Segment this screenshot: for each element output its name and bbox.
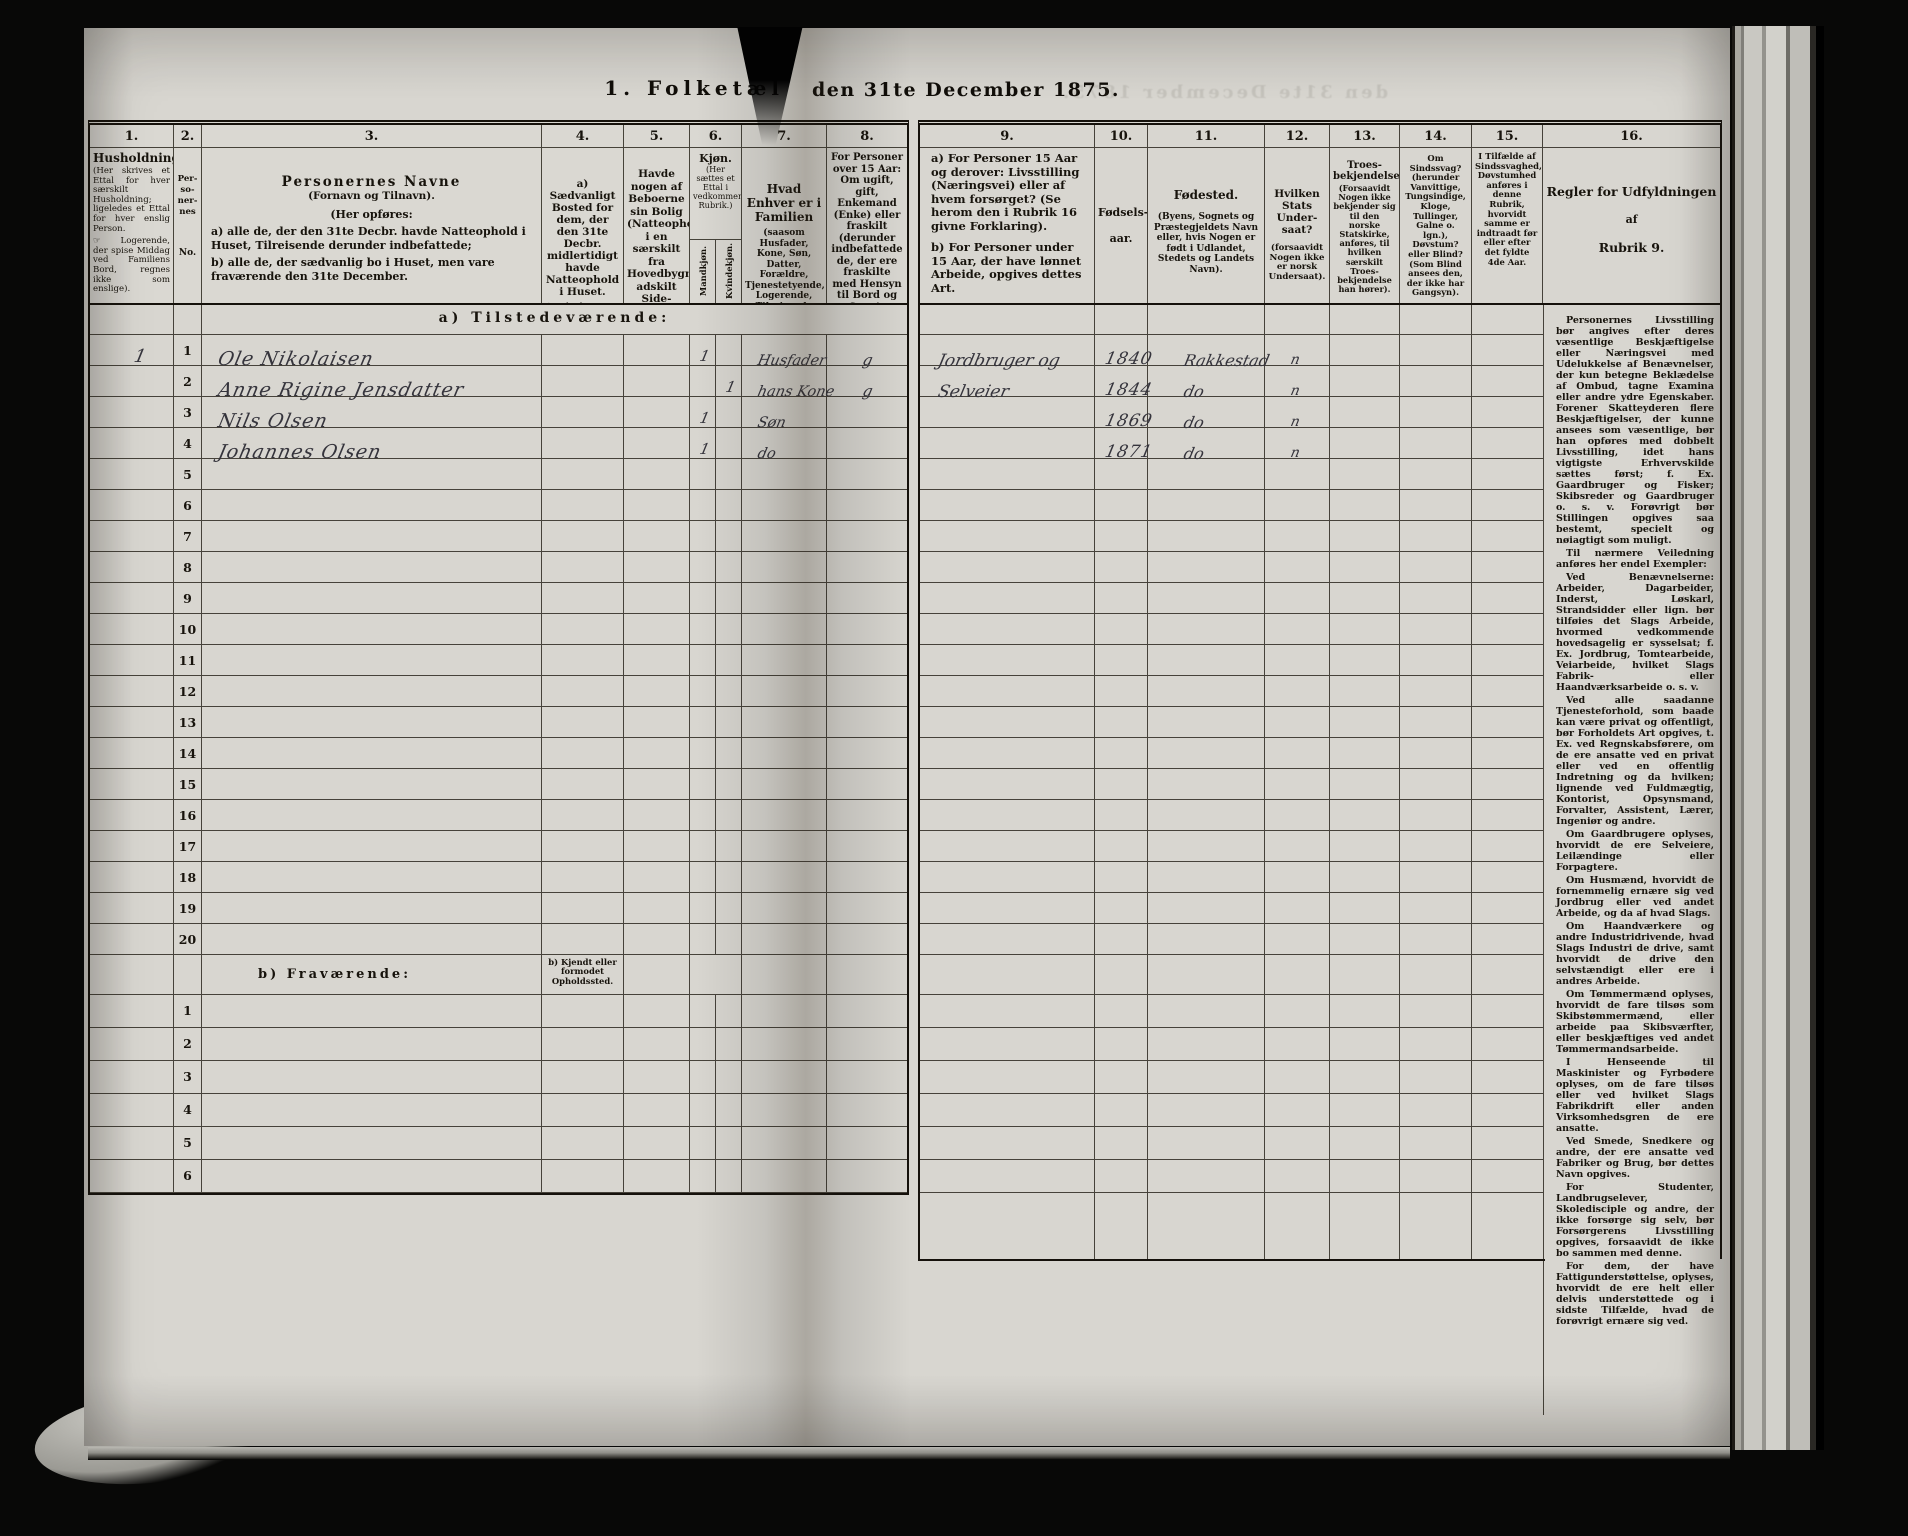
marital-status-cell [827,459,907,489]
col-title: Husholdninger. [93,152,170,165]
row-number-cell: 19 [174,893,202,923]
col-number: 8. [827,125,907,148]
citizenship-cell [1265,614,1330,644]
onset-cell [1472,1061,1543,1093]
female-subcolumn: Kvindekjøn. [716,240,742,303]
family-position-cell [742,862,827,892]
band-cell [1472,1193,1543,1259]
birthplace-cell [1148,769,1265,799]
row-number-cell: 4 [174,1094,202,1126]
record-row: 5 [90,459,907,490]
record-row: 17 [90,831,907,862]
household-mark-cell [90,924,174,954]
record-row [920,490,1543,521]
female-cell [716,335,742,365]
citizenship-cell: n [1265,397,1330,427]
record-row: 8 [90,552,907,583]
rules-paragraph: Om Gaardbrugere oplyses, hvorvidt de ere… [1556,829,1714,873]
male-cell [690,769,716,799]
birthplace-cell [1148,1094,1265,1126]
record-row: 11 [90,645,907,676]
male-cell-value: 1 [698,347,711,365]
usual-residence-cell [542,521,624,551]
rules-paragraph: For dem, der have Fattigunderstøttelse, … [1556,1261,1714,1327]
left-rows-present: 11Ole Nikolaisen1Husfaderg2Anne Rigine J… [90,335,907,955]
onset-cell [1472,738,1543,768]
rules-paragraph: For Studenter, Landbrugselever, Skoledis… [1556,1182,1714,1259]
col-number: 1. [90,125,173,148]
male-cell [690,366,716,396]
birth-year-cell [1095,707,1148,737]
male-cell [690,1094,716,1126]
record-row: 2 [90,1028,907,1061]
band-cell [1265,1193,1330,1259]
birthplace-cell [1148,800,1265,830]
col-number: 11. [1148,125,1264,148]
outbuilding-cell [624,1061,690,1093]
citizenship-cell [1265,1061,1330,1093]
birthplace-cell: Rakkestad [1148,335,1265,365]
marital-status-cell [827,645,907,675]
usual-residence-cell [542,645,624,675]
row-number-cell-value: 2 [174,366,201,389]
absent-residence-note: b) Kjendt eller formodet Opholdssted. [542,955,624,994]
row-number-cell: 16 [174,800,202,830]
section-present-band-right [920,305,1543,335]
marital-status-cell [827,1127,907,1159]
usual-residence-cell [542,1061,624,1093]
marital-status-cell [827,893,907,923]
row-number-cell-value: 4 [174,1094,201,1117]
household-mark-cell [90,583,174,613]
family-position-cell [742,583,827,613]
record-row [920,707,1543,738]
band-cell [1330,1193,1400,1259]
onset-cell [1472,924,1543,954]
infirmity-cell [1400,738,1472,768]
row-number-cell-value: 14 [174,738,201,761]
marital-status-cell [827,583,907,613]
marital-status-cell [827,490,907,520]
row-number-cell: 10 [174,614,202,644]
household-mark-cell [90,707,174,737]
name-cell [202,645,542,675]
infirmity-cell [1400,676,1472,706]
col-title: Troes- bekjendelse. [1333,160,1396,182]
marital-status-cell [827,1028,907,1060]
band-cell [624,955,690,994]
col-description: For Personer over 15 Aar: Om ugift, gift… [830,152,904,303]
col-number: 10. [1095,125,1147,148]
marital-status-cell [827,397,907,427]
outbuilding-cell [624,738,690,768]
birth-year-cell [1095,490,1148,520]
family-position-cell [742,1028,827,1060]
record-row [920,645,1543,676]
infirmity-cell [1400,995,1472,1027]
outbuilding-cell [624,676,690,706]
row-number-cell: 1 [174,335,202,365]
onset-cell [1472,800,1543,830]
col-occupation-header: 9. a) For Personer 15 Aar og derover: Li… [920,125,1095,303]
citizenship-cell [1265,1094,1330,1126]
col-number: 15. [1472,125,1542,148]
row-number-cell: 12 [174,676,202,706]
female-cell [716,397,742,427]
name-cell: Johannes Olsen [202,428,542,458]
row-number-cell-value: 15 [174,769,201,792]
band-cell [1265,955,1330,994]
onset-cell [1472,676,1543,706]
col-description: I Tilfælde af Sindssvaghed, Døvstumhed a… [1475,152,1539,267]
page-title-left: 1. Folketæl [414,76,784,100]
row-number-cell-value: 6 [174,1160,201,1183]
creed-cell [1330,614,1400,644]
row-number-cell-value: 18 [174,862,201,885]
birth-year-cell [1095,1094,1148,1126]
male-cell [690,831,716,861]
male-cell [690,1127,716,1159]
outbuilding-cell [624,769,690,799]
onset-cell [1472,428,1543,458]
citizenship-cell [1265,459,1330,489]
citizenship-cell [1265,1127,1330,1159]
record-row [920,738,1543,769]
citizenship-cell [1265,490,1330,520]
marital-status-cell [827,831,907,861]
row-number-cell: 13 [174,707,202,737]
onset-cell [1472,707,1543,737]
occupation-cell [920,1061,1095,1093]
col-person-number-header: 2. Per- so- ner- nes No. [174,125,202,303]
female-cell [716,583,742,613]
family-position-cell: do [742,428,827,458]
row-number-cell: 6 [174,490,202,520]
col-item-a: a) For Personer 15 Aar og derover: Livss… [923,152,1091,233]
row-number-cell-value: 12 [174,676,201,699]
occupation-cell [920,769,1095,799]
band-cell [1330,955,1400,994]
family-position-cell [742,738,827,768]
record-row [920,924,1543,955]
usual-residence-cell [542,1028,624,1060]
family-position-cell [742,645,827,675]
occupation-cell [920,1094,1095,1126]
outbuilding-cell [624,583,690,613]
occupation-cell [920,1160,1095,1192]
name-cell [202,862,542,892]
male-cell [690,995,716,1027]
birth-year-cell [1095,800,1148,830]
rules-paragraph: Om Tømmermænd oplyses, hvorvidt de fare … [1556,989,1714,1055]
row-number-cell-value: 2 [174,1028,201,1051]
row-number-cell: 2 [174,1028,202,1060]
row-number-cell: 9 [174,583,202,613]
household-mark-cell [90,1160,174,1192]
birthplace-cell [1148,1028,1265,1060]
record-row [920,1094,1543,1127]
outbuilding-cell [624,1094,690,1126]
record-row: 3 [90,1061,907,1094]
infirmity-cell [1400,1028,1472,1060]
rules-column-divider [1543,305,1544,1415]
birth-year-cell: 1871 [1095,428,1148,458]
rules-paragraph: Ved Benævnelserne: Arbeider, Dagarbeider… [1556,572,1714,693]
female-cell [716,924,742,954]
male-cell [690,924,716,954]
household-mark-cell [90,1061,174,1093]
onset-cell [1472,490,1543,520]
row-number-cell-value: 8 [174,552,201,575]
household-mark-cell [90,1127,174,1159]
usual-residence-cell [542,893,624,923]
outbuilding-cell [624,1028,690,1060]
name-cell [202,583,542,613]
name-cell [202,490,542,520]
citizenship-cell: n [1265,428,1330,458]
female-cell: 1 [716,366,742,396]
record-row [920,893,1543,924]
creed-cell [1330,1061,1400,1093]
female-cell [716,459,742,489]
marital-status-cell [827,995,907,1027]
infirmity-cell [1400,707,1472,737]
household-mark-cell [90,459,174,489]
onset-cell [1472,1028,1543,1060]
record-row: 11Ole Nikolaisen1Husfaderg [90,335,907,366]
rules-paragraph: I Henseende til Maskinister og Fyrbødere… [1556,1057,1714,1134]
creed-cell [1330,397,1400,427]
infirmity-cell [1400,800,1472,830]
rules-paragraph: Om Husmænd, hvorvidt de fornemmelig ernæ… [1556,875,1714,919]
female-cell [716,676,742,706]
infirmity-cell [1400,614,1472,644]
onset-cell [1472,1160,1543,1192]
col-creed-header: 13. Troes- bekjendelse. (Forsaavidt Noge… [1330,125,1400,303]
occupation-cell [920,1028,1095,1060]
usual-residence-cell [542,800,624,830]
usual-residence-cell [542,1160,624,1192]
infirmity-cell [1400,1160,1472,1192]
sex-subcolumns: Mandkjøn. Kvindekjøn. [690,239,741,303]
citizenship-cell [1265,676,1330,706]
creed-cell [1330,490,1400,520]
occupation-cell [920,521,1095,551]
household-mark-cell [90,552,174,582]
name-cell [202,521,542,551]
female-cell [716,769,742,799]
marital-status-cell [827,1061,907,1093]
marital-status-cell [827,707,907,737]
usual-residence-cell [542,459,624,489]
household-mark-cell [90,645,174,675]
creed-cell [1330,676,1400,706]
marital-status-cell [827,924,907,954]
usual-residence-cell [542,614,624,644]
creed-cell [1330,1028,1400,1060]
birth-year-cell [1095,1127,1148,1159]
record-row: 15 [90,769,907,800]
record-row: 14 [90,738,907,769]
col-title-no: No. [177,248,198,258]
female-cell [716,1094,742,1126]
record-row: 4Johannes Olsen1do [90,428,907,459]
band-cell [1472,305,1543,334]
row-number-cell-value: 11 [174,645,201,668]
occupation-cell [920,428,1095,458]
record-row: 2Anne Rigine Jensdatter1hans Koneg [90,366,907,397]
col-number: 3. [202,125,541,148]
birth-year-cell [1095,831,1148,861]
col-title: Personernes Navne [205,174,538,190]
infirmity-cell [1400,428,1472,458]
name-cell [202,769,542,799]
row-number-cell: 18 [174,862,202,892]
family-position-cell [742,459,827,489]
birth-year-cell: 1844 [1095,366,1148,396]
record-row: Jordbruger og1840Rakkestadn [920,335,1543,366]
occupation-cell [920,1127,1095,1159]
band-cell [920,1193,1095,1259]
outbuilding-cell [624,428,690,458]
record-row: 16 [90,800,907,831]
name-cell [202,893,542,923]
record-row [920,862,1543,893]
col-usual-residence-header: 4. a) Sædvanligt Bosted for dem, der den… [542,125,624,303]
name-cell [202,552,542,582]
birthplace-cell [1148,738,1265,768]
record-row: 1869don [920,397,1543,428]
band-cell [174,305,202,334]
birth-year-cell [1095,738,1148,768]
usual-residence-cell [542,335,624,365]
female-cell-value: 1 [724,378,737,396]
rules-column: Personernes Livsstilling bør angives eft… [1547,305,1719,1409]
record-row [920,800,1543,831]
col-title: Hvad Enhver er i Familien [745,182,823,224]
marital-status-cell [827,862,907,892]
family-position-cell [742,1094,827,1126]
marital-status-cell: g [827,366,907,396]
occupation-cell: Jordbruger og [920,335,1095,365]
family-position-cell [742,1160,827,1192]
name-cell [202,1094,542,1126]
book-spread: 1. Folketæl den 31te December 1875. den … [84,28,1730,1446]
row-number-cell-value: 4 [174,428,201,451]
birth-year-cell [1095,645,1148,675]
col-number: 16. [1543,125,1720,148]
outbuilding-cell [624,893,690,923]
citizenship-cell [1265,1160,1330,1192]
female-cell [716,614,742,644]
record-row: 20 [90,924,907,955]
occupation-cell [920,862,1095,892]
right-table-header: 9. a) For Personer 15 Aar og derover: Li… [920,125,1720,305]
occupation-cell [920,397,1095,427]
right-page-table: 9. a) For Personer 15 Aar og derover: Li… [918,120,1722,1259]
onset-cell [1472,552,1543,582]
household-mark-cell [90,800,174,830]
col-item-b: b) For Personer under 15 Aar, der have l… [923,241,1091,295]
citizenship-cell [1265,995,1330,1027]
band-cell [1330,305,1400,334]
creed-cell [1330,645,1400,675]
usual-residence-cell [542,397,624,427]
row-number-cell: 6 [174,1160,202,1192]
record-row: 18 [90,862,907,893]
male-cell [690,645,716,675]
record-row: 1 [90,995,907,1028]
band-cell [90,305,174,334]
family-position-cell [742,831,827,861]
name-cell [202,676,542,706]
row-number-cell-value: 9 [174,583,201,606]
birthplace-cell: do [1148,428,1265,458]
band-cell [1265,305,1330,334]
family-position-cell: Husfader [742,335,827,365]
record-row: Selveier1844don [920,366,1543,397]
record-row [920,614,1543,645]
citizenship-cell [1265,1028,1330,1060]
citizenship-cell [1265,707,1330,737]
female-cell [716,893,742,923]
citizenship-cell [1265,862,1330,892]
family-position-cell [742,552,827,582]
male-cell [690,1028,716,1060]
name-cell [202,707,542,737]
family-position-cell [742,614,827,644]
occupation-cell [920,738,1095,768]
col-birthplace-header: 11. Fødested. (Byens, Sognets og Præsteg… [1148,125,1265,303]
record-row [920,459,1543,490]
record-row [920,552,1543,583]
birth-year-cell [1095,924,1148,954]
citizenship-cell [1265,831,1330,861]
right-table-body: Jordbruger og1840RakkestadnSelveier1844d… [920,305,1720,1259]
female-cell [716,552,742,582]
birthplace-cell [1148,1127,1265,1159]
section-present-label: a) Tilstedeværende: [202,305,907,334]
female-cell [716,490,742,520]
male-subcolumn: Mandkjøn. [690,240,716,303]
family-position-cell [742,769,827,799]
bleedthrough-title: den 31te December 1875. [964,82,1484,103]
infirmity-cell [1400,335,1472,365]
usual-residence-cell [542,1127,624,1159]
creed-cell [1330,769,1400,799]
male-cell [690,676,716,706]
record-row [920,1127,1543,1160]
col-sub: (Her opføres: [205,208,538,221]
col-description: Om Sindssvag? (herunder Vanvittige, Tung… [1403,154,1468,298]
col-number: 2. [174,125,201,148]
onset-cell [1472,893,1543,923]
infirmity-cell [1400,552,1472,582]
birth-year-cell [1095,1160,1148,1192]
band-cell [920,955,1095,994]
infirmity-cell [1400,893,1472,923]
row-number-cell-value: 7 [174,521,201,544]
col-title: Fødsels- aar. [1098,200,1144,252]
birthplace-cell [1148,676,1265,706]
female-cell [716,800,742,830]
usual-residence-cell [542,366,624,396]
infirmity-cell [1400,1061,1472,1093]
household-mark-cell [90,893,174,923]
outbuilding-cell [624,397,690,427]
record-row [920,1028,1543,1061]
col-names-header: 3. Personernes Navne (Fornavn og Tilnavn… [202,125,542,303]
